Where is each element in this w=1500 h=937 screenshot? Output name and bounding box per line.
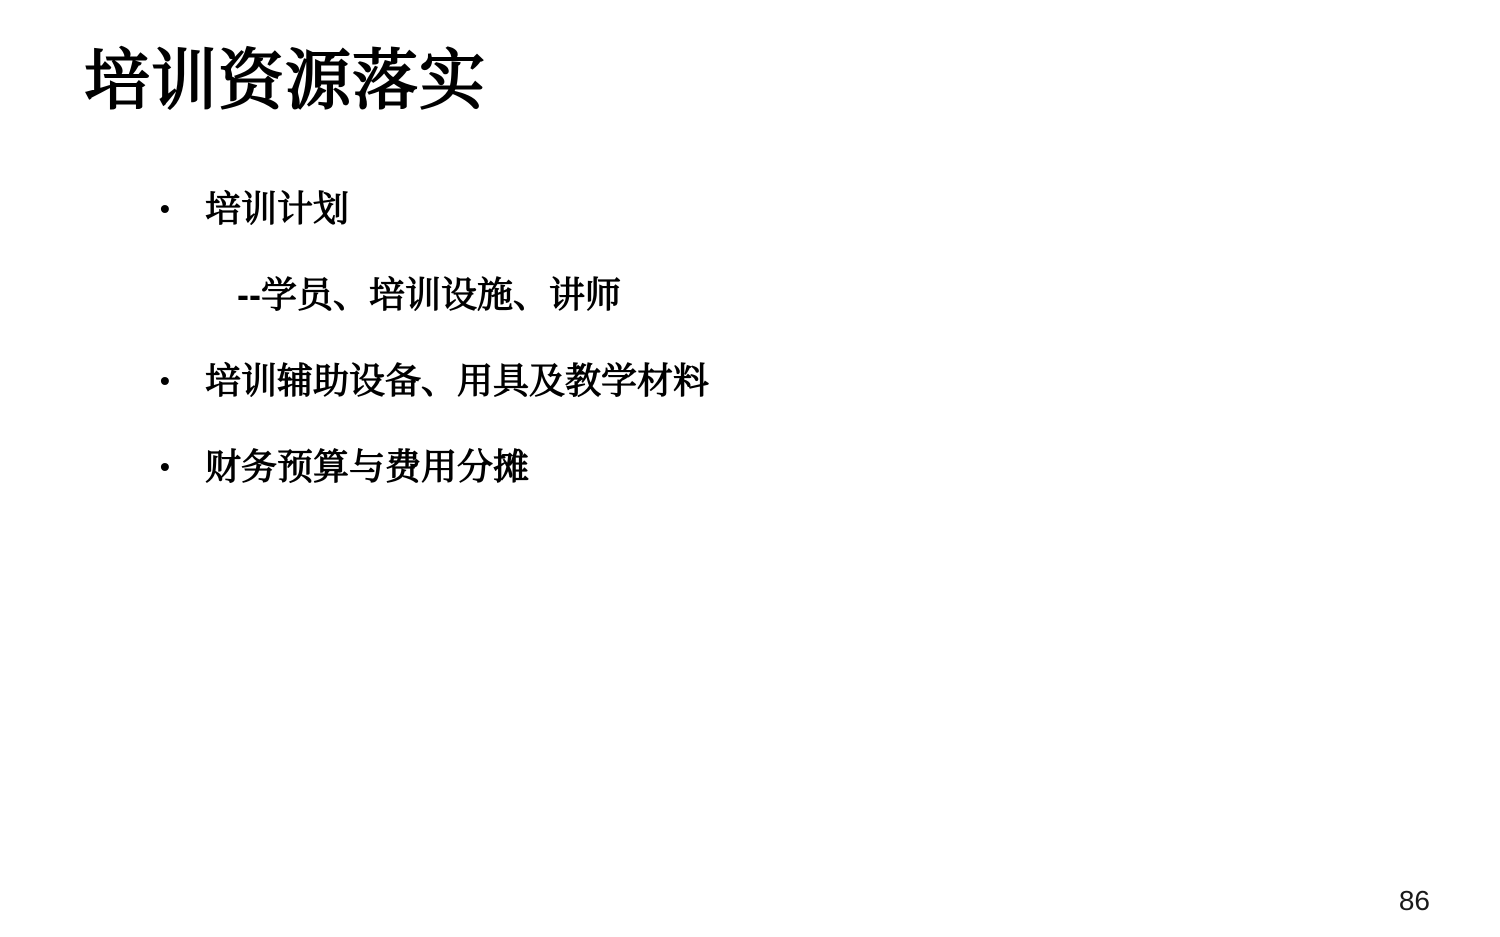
sub-bullet-text: --学员、培训设施、讲师 <box>237 274 621 315</box>
bullet-item: • 培训计划 <box>160 186 1360 232</box>
slide-title: 培训资源落实 <box>84 38 486 122</box>
bullet-text: 培训辅助设备、用具及教学材料 <box>205 358 709 404</box>
bullet-item: • 培训辅助设备、用具及教学材料 <box>160 358 1360 404</box>
page-number: 86 <box>1399 887 1430 915</box>
bullet-dot: • <box>160 358 205 404</box>
bullet-text: 财务预算与费用分摊 <box>205 444 529 490</box>
bullet-dot: • <box>160 186 205 232</box>
bullet-list: • 培训计划 --学员、培训设施、讲师 • 培训辅助设备、用具及教学材料 • 财… <box>160 186 1360 530</box>
slide: 培训资源落实 • 培训计划 --学员、培训设施、讲师 • 培训辅助设备、用具及教… <box>0 0 1500 937</box>
sub-bullet-item: --学员、培训设施、讲师 <box>237 272 1360 318</box>
bullet-dot: • <box>160 444 205 490</box>
bullet-text: 培训计划 <box>205 186 349 232</box>
bullet-item: • 财务预算与费用分摊 <box>160 444 1360 490</box>
